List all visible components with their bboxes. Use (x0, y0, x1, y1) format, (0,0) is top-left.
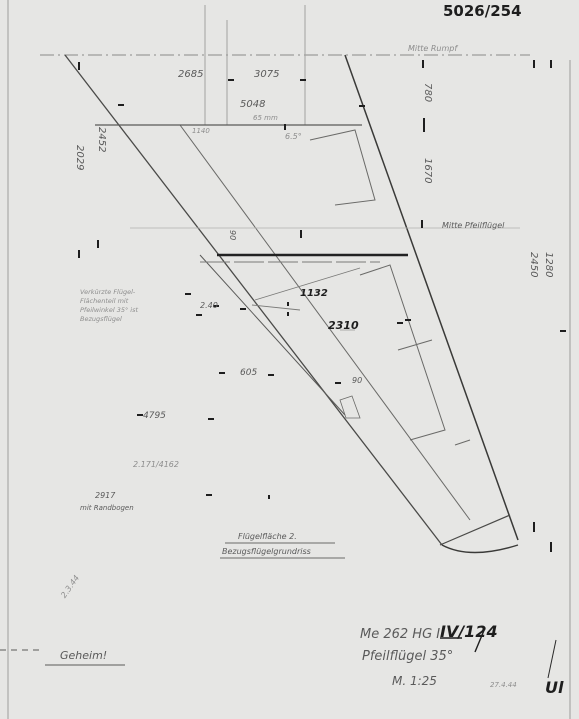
flap-panel-inner (310, 130, 375, 205)
center-note-line2: Bezugsflügelgrundriss (222, 548, 311, 556)
dim-right-far-a: 2450 (528, 252, 538, 277)
dim-midspan-a: 1132 (300, 289, 328, 299)
dim-top-left: 2685 (178, 70, 203, 80)
note-line: Pfeilwinkel 35° ist (80, 306, 170, 315)
classification-label: Geheim! (60, 650, 107, 661)
le-marker-box (340, 396, 360, 418)
dim-left-span-a: 2029 (74, 145, 84, 170)
note-line: Flächenteil mit (80, 297, 170, 306)
dim-lower-ref: 2917 (95, 492, 115, 500)
title-date: 27.4.44 (490, 682, 517, 689)
title-aircraft: Me 262 HG II (360, 628, 444, 641)
panel-divider (455, 440, 470, 445)
tip-chord-line (440, 515, 510, 545)
left-note-block: Verkürzte Flügel- Flächenteil mit Pfeilw… (80, 288, 170, 324)
title-initials: Ul (545, 680, 563, 696)
document-number: 5026/254 (443, 4, 522, 19)
center-note-line1: Flügelfläche 2. (238, 533, 297, 541)
dim-chord-90: 90 (352, 377, 362, 385)
note-line: Verkürzte Flügel- (80, 288, 170, 297)
title-subtitle: Pfeilflügel 35° (362, 650, 453, 663)
dim-midspan-b: 2310 (328, 320, 359, 331)
dim-root-angle: 6.5° (285, 133, 302, 141)
dim-root-small: 1140 (192, 128, 210, 135)
dim-left-span-b: 2452 (96, 127, 106, 152)
drawing-sheet: 5026/254 Mitte Rumpf Mitte Pfeilflügel 2… (0, 0, 579, 719)
dim-chord-605: 605 (240, 369, 257, 378)
dim-right-vert-mid: 1670 (422, 158, 432, 183)
faint-mid-note: 2.171/4162 (133, 461, 179, 469)
dim-right-vert-top: 780 (422, 83, 432, 102)
dim-right-far-b: 1280 (543, 252, 553, 277)
dim-root-chord-sub: 65 mm (253, 115, 278, 122)
flap-panel-outer (360, 265, 445, 440)
title-scale: M. 1:25 (392, 675, 437, 687)
wing-planform-drawing (0, 0, 579, 719)
dim-top-mid: 3075 (254, 70, 279, 80)
dim-mid-vertical: 90 (228, 230, 236, 240)
mitte-rumpf-label: Mitte Rumpf (408, 45, 457, 53)
dim-span-4795: 4795 (143, 412, 166, 421)
wingtip-curve (442, 545, 518, 553)
dim-root-chord: 5048 (240, 100, 265, 110)
mitte-pfeilfluegel-label: Mitte Pfeilflügel (442, 222, 504, 230)
lower-ref-note: mit Randbogen (80, 505, 134, 512)
signature-stroke (548, 640, 556, 678)
note-line: Bezugsflügel (80, 315, 170, 324)
swept-leading-edge (180, 125, 470, 520)
title-sheet-ref: IV/124 (440, 624, 498, 640)
dim-inner-left: 2.40 (200, 302, 218, 310)
